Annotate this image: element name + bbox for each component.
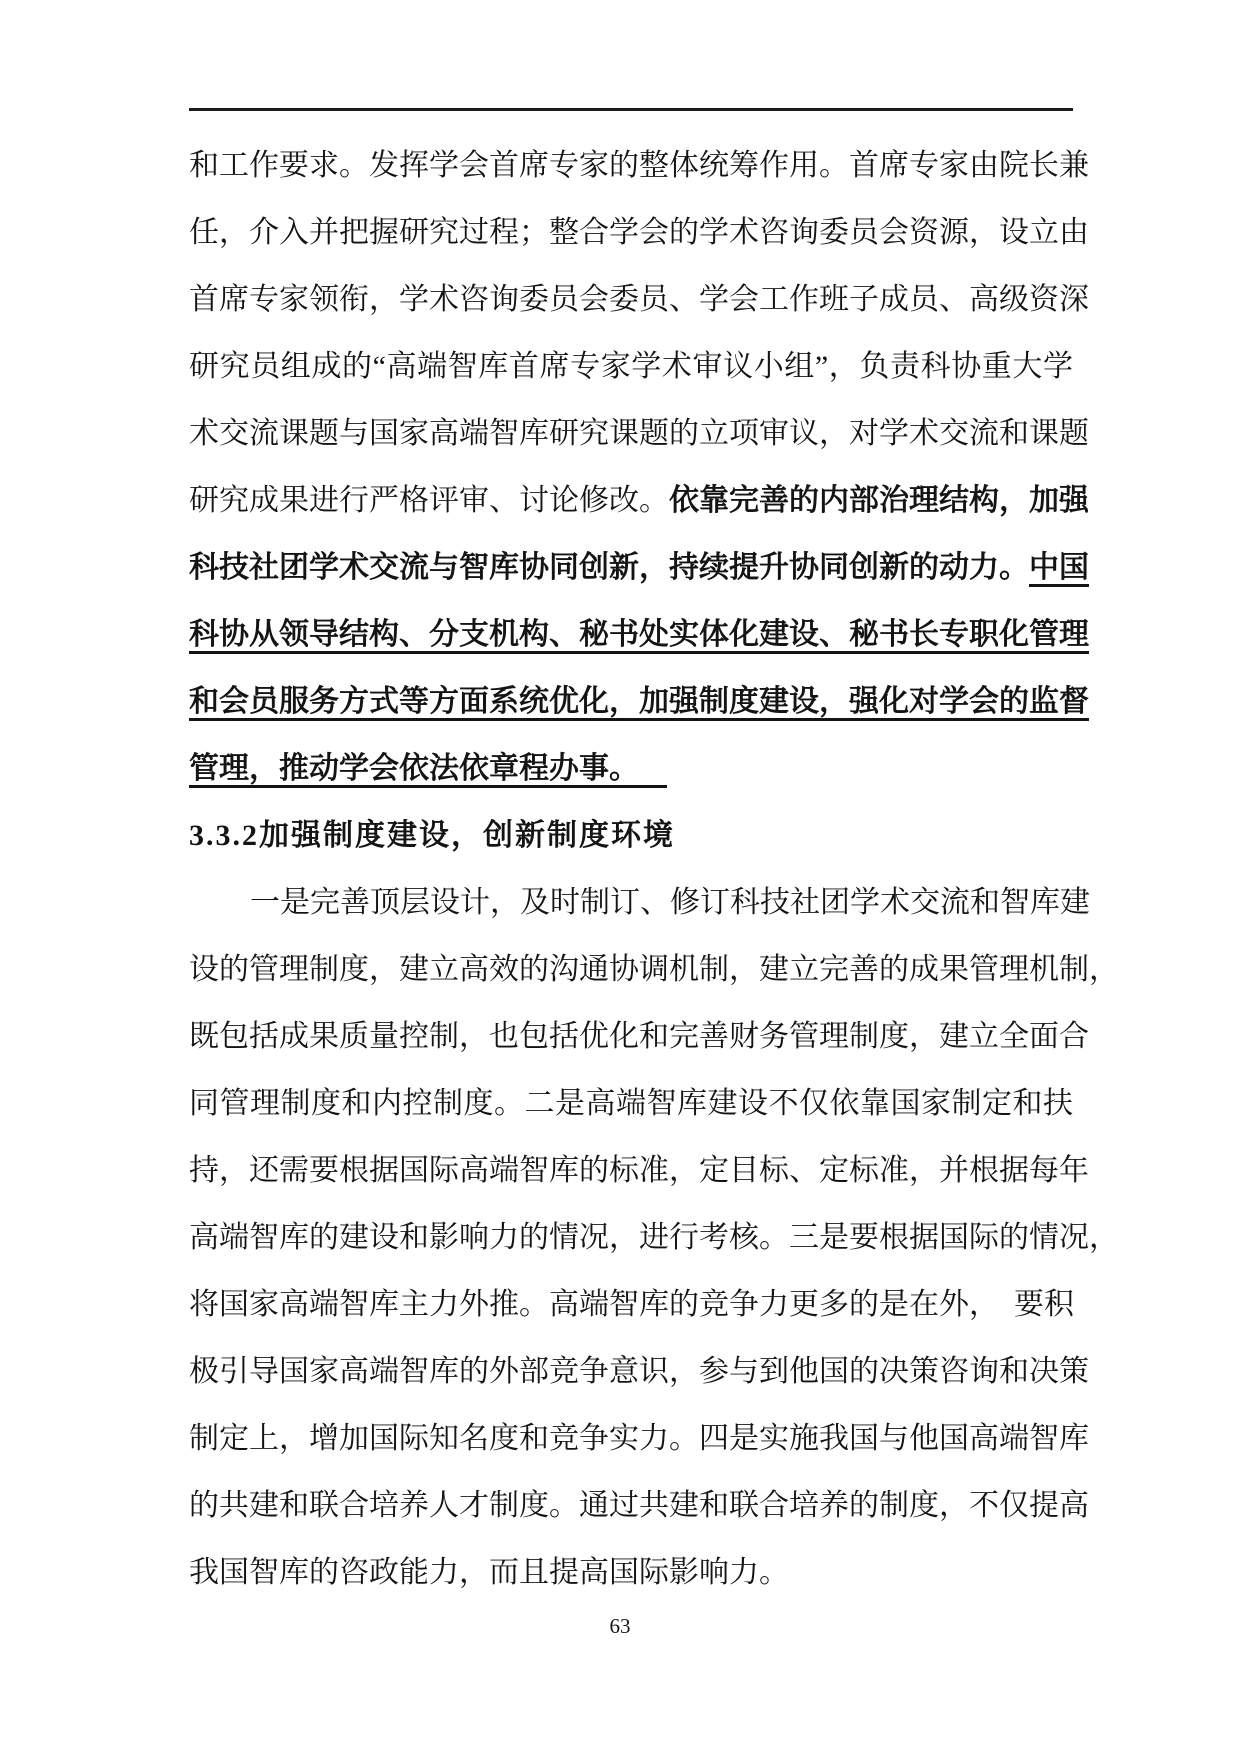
text-segment: 术交流课题与国家高端智库研究课题的立项审议，对学术交流和课题 [189,417,1089,450]
text-line: 术交流课题与国家高端智库研究课题的立项审议，对学术交流和课题 [189,400,1073,467]
text-segment: 的共建和联合培养人才制度。通过共建和联合培养的制度，不仅提高 [189,1489,1089,1522]
text-line: 持，还需要根据国际高端智库的标准，定目标、定标准，并根据每年 [189,1137,1073,1204]
text-line: 和会员服务方式等方面系统优化，加强制度建设，强化对学会的监督 [189,668,1073,735]
text-line: 我国智库的咨政能力，而且提高国际影响力。 [189,1539,1073,1606]
bold-text-segment: 依靠完善的内部治理结构，加强 [669,484,1089,517]
text-segment: 高端智库的建设和影响力的情况，进行考核。三是要根据国际的情况， [189,1221,1119,1254]
text-line: 高端智库的建设和影响力的情况，进行考核。三是要根据国际的情况， [189,1204,1073,1271]
text-segment: 我国智库的咨政能力，而且提高国际影响力。 [189,1556,789,1589]
text-line: 科协从领导结构、分支机构、秘书处实体化建设、秘书长专职化管理 [189,601,1073,668]
bold-text-segment: 科技社团学术交流与智库协同创新，持续提升协同创新的动力。 [189,551,1029,584]
text-line: 管理，推动学会依法依章程办事。 [189,735,1073,802]
header-rule [189,108,1073,111]
text-segment: 将国家高端智库主力外推。高端智库的竞争力更多的是在外， 要积 [189,1288,1074,1321]
text-line: 的共建和联合培养人才制度。通过共建和联合培养的制度，不仅提高 [189,1472,1073,1539]
document-page: 和工作要求。发挥学会首席专家的整体统筹作用。首席专家由院长兼任，介入并把握研究过… [0,0,1240,1753]
text-line: 设的管理制度，建立高效的沟通协调机制，建立完善的成果管理机制， [189,936,1073,1003]
text-line: 制定上，增加国际知名度和竞争实力。四是实施我国与他国高端智库 [189,1405,1073,1472]
text-line: 研究员组成的“高端智库首席专家学术审议小组”，负责科协重大学 [189,333,1073,400]
text-segment: 首席专家领衔，学术咨询委员会委员、学会工作班子成员、高级资深 [189,283,1089,316]
text-line: 和工作要求。发挥学会首席专家的整体统筹作用。首席专家由院长兼 [189,132,1073,199]
text-segment: 同管理制度和内控制度。二是高端智库建设不仅依靠国家制定和扶 [189,1087,1073,1120]
text-segment: 任，介入并把握研究过程；整合学会的学术咨询委员会资源，设立由 [189,216,1089,249]
underlined-bold-text-segment: 中国 [1029,551,1089,587]
text-line: 既包括成果质量控制，也包括优化和完善财务管理制度，建立全面合 [189,1003,1073,1070]
heading-text-segment: 3.3.2 [189,819,259,852]
text-segment: 既包括成果质量控制，也包括优化和完善财务管理制度，建立全面合 [189,1020,1089,1053]
text-line: 极引导国家高端智库的外部竞争意识，参与到他国的决策咨询和决策 [189,1338,1073,1405]
text-segment: 极引导国家高端智库的外部竞争意识，参与到他国的决策咨询和决策 [189,1355,1089,1388]
text-line: 同管理制度和内控制度。二是高端智库建设不仅依靠国家制定和扶 [189,1070,1073,1137]
text-line: 将国家高端智库主力外推。高端智库的竞争力更多的是在外， 要积 [189,1271,1073,1338]
text-line: 研究成果进行严格评审、讨论修改。依靠完善的内部治理结构，加强 [189,467,1073,534]
text-line: 任，介入并把握研究过程；整合学会的学术咨询委员会资源，设立由 [189,199,1073,266]
text-segment: 一是完善顶层设计，及时制订、修订科技社团学术交流和智库建 [250,886,1090,919]
text-segment: 制定上，增加国际知名度和竞争实力。四是实施我国与他国高端智库 [189,1422,1089,1455]
text-segment: 研究成果进行严格评审、讨论修改。 [189,484,669,517]
text-segment: 设的管理制度，建立高效的沟通协调机制，建立完善的成果管理机制， [189,953,1119,986]
underlined-bold-text-segment: 和会员服务方式等方面系统优化，加强制度建设，强化对学会的监督 [189,685,1089,721]
text-line: 首席专家领衔，学术咨询委员会委员、学会工作班子成员、高级资深 [189,266,1073,333]
underlined-bold-text-segment: 科协从领导结构、分支机构、秘书处实体化建设、秘书长专职化管理 [189,618,1089,654]
text-segment: 研究员组成的“高端智库首席专家学术审议小组”，负责科协重大学 [189,350,1073,383]
text-segment: 和工作要求。发挥学会首席专家的整体统筹作用。首席专家由院长兼 [189,149,1089,182]
document-body: 和工作要求。发挥学会首席专家的整体统筹作用。首席专家由院长兼任，介入并把握研究过… [189,132,1073,1606]
text-segment: 持，还需要根据国际高端智库的标准，定目标、定标准，并根据每年 [189,1154,1089,1187]
page-number: 63 [0,1606,1240,1646]
underlined-bold-text-segment: 管理，推动学会依法依章程办事。 [189,752,667,788]
text-line: 科技社团学术交流与智库协同创新，持续提升协同创新的动力。中国 [189,534,1073,601]
section-heading: 3.3.2加强制度建设，创新制度环境 [189,802,1073,869]
text-line: 一是完善顶层设计，及时制订、修订科技社团学术交流和智库建 [189,869,1073,936]
heading-text-segment: 加强制度建设，创新制度环境 [259,819,675,852]
